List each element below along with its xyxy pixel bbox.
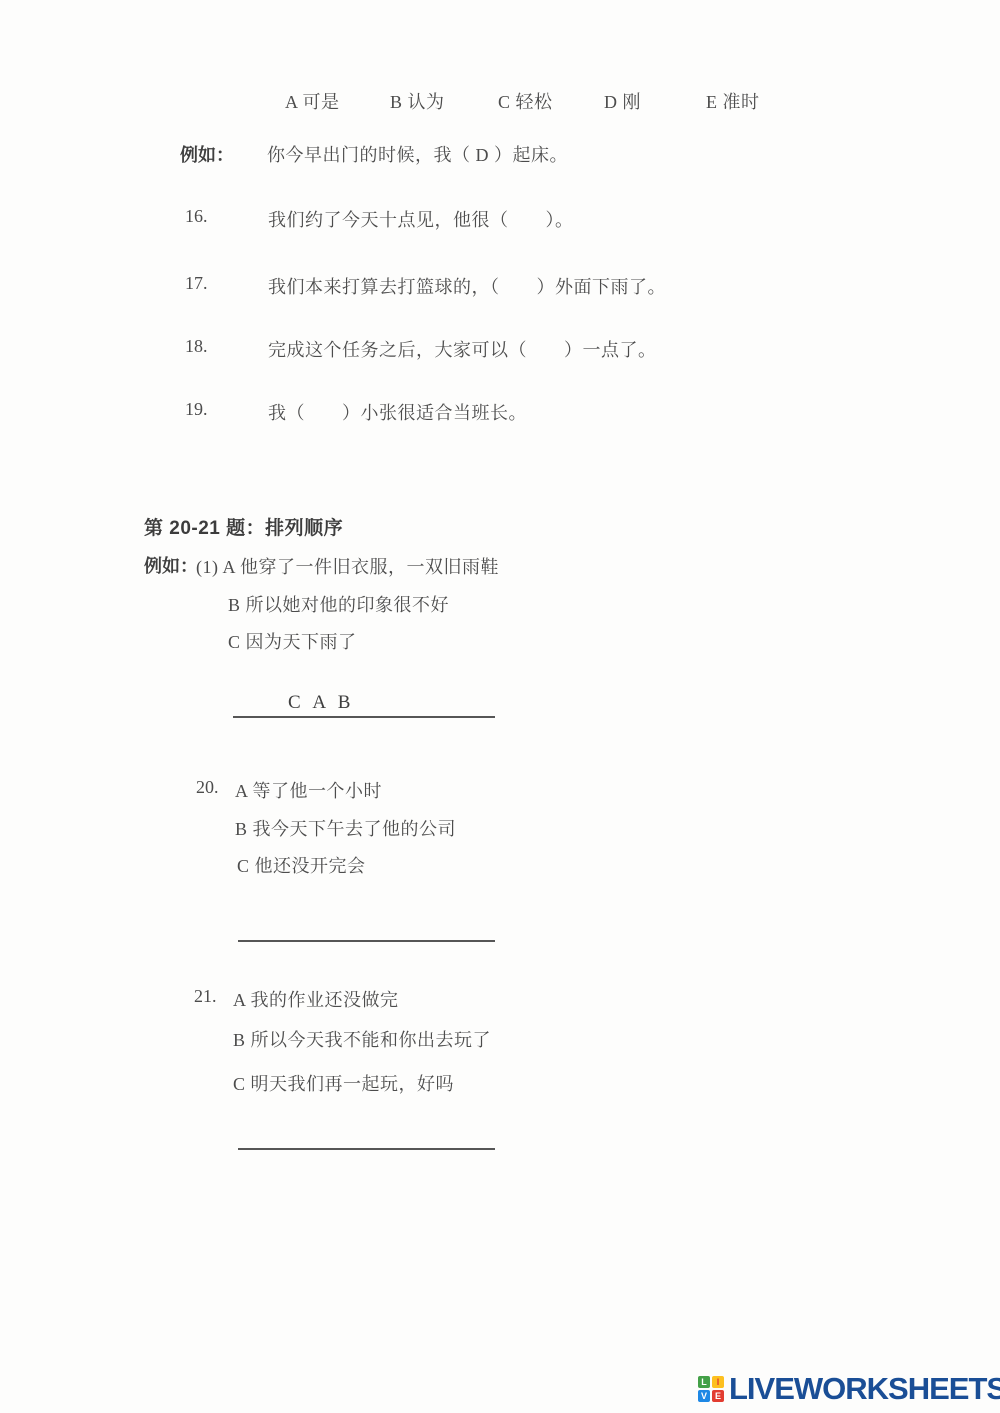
logo-square-e: E [712, 1390, 724, 1402]
option-word: 刚 [623, 92, 642, 112]
worksheet-page: A 可是 B 认为 C 轻松 D 刚 E 准时 例如： 你今早出门的时候，我（ … [0, 0, 1000, 1413]
section-heading: 第 20-21 题：排列顺序 [144, 513, 343, 540]
example-answer-text: C A B [288, 692, 354, 714]
ordering-line: A 等了他一个小时 [235, 777, 382, 803]
example-label: 例如： [180, 141, 234, 167]
option-letter: E [706, 92, 718, 112]
logo-square-i: I [712, 1376, 724, 1388]
ordering-line: C 明天我们再一起玩，好吗 [233, 1070, 454, 1096]
word-bank-option-d: D 刚 [604, 88, 641, 114]
liveworksheets-wordmark: LIVEWORKSHEETS [729, 1371, 1000, 1407]
option-word: 可是 [303, 92, 340, 112]
question-number: 17. [185, 273, 208, 294]
word-bank-option-c: C 轻松 [498, 88, 553, 114]
liveworksheets-grid-icon: L I V E [698, 1376, 724, 1402]
option-word: 轻松 [516, 92, 553, 112]
question-number: 16. [185, 206, 208, 227]
example-answer-line: C A B [233, 692, 495, 718]
option-letter: C [498, 92, 511, 112]
question-number: 21. [194, 986, 217, 1007]
ordering-line: B 所以今天我不能和你出去玩了 [233, 1026, 491, 1052]
logo-square-l: L [698, 1376, 710, 1388]
option-letter: B [390, 92, 403, 112]
option-word: 认为 [408, 92, 445, 112]
word-bank-option-a: A 可是 [285, 88, 340, 114]
ordering-line: B 我今天下午去了他的公司 [235, 815, 456, 841]
question-sentence: 完成这个任务之后，大家可以（ ）一点了。 [268, 336, 657, 362]
liveworksheets-logo[interactable]: L I V E LIVEWORKSHEETS [698, 1371, 1000, 1407]
word-bank-option-b: B 认为 [390, 88, 445, 114]
answer-blank-21[interactable] [238, 1124, 495, 1150]
question-number: 19. [185, 399, 208, 420]
question-sentence: 我们本来打算去打篮球的，（ ）外面下雨了。 [268, 273, 666, 299]
ordering-example-line: C 因为天下雨了 [228, 628, 357, 654]
option-letter: A [285, 92, 298, 112]
word-bank-option-e: E 准时 [706, 88, 760, 114]
question-number: 20. [196, 777, 219, 798]
ordering-example-line: (1) A 他穿了一件旧衣服，一双旧雨鞋 [196, 553, 499, 579]
ordering-example-line: B 所以她对他的印象很不好 [228, 591, 449, 617]
logo-square-v: V [698, 1390, 710, 1402]
ordering-line: C 他还没开完会 [237, 852, 366, 878]
answer-blank-20[interactable] [238, 916, 495, 942]
example-sentence: 你今早出门的时候，我（ D ）起床。 [267, 141, 568, 167]
question-number: 18. [185, 336, 208, 357]
option-letter: D [604, 92, 618, 112]
question-sentence: 我们约了今天十点见，他很（ ）。 [268, 206, 574, 232]
option-word: 准时 [723, 92, 760, 112]
ordering-line: A 我的作业还没做完 [233, 986, 399, 1012]
question-sentence: 我（ ）小张很适合当班长。 [268, 399, 527, 425]
ordering-example-label: 例如： [144, 552, 198, 578]
